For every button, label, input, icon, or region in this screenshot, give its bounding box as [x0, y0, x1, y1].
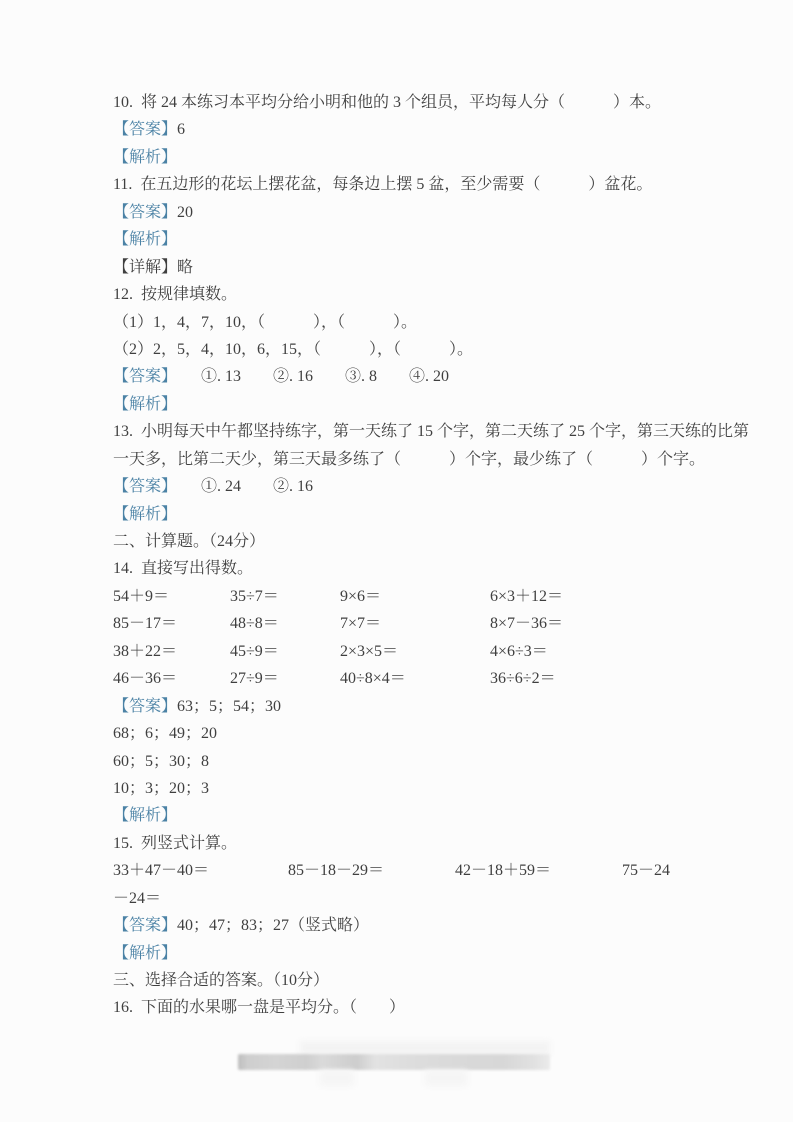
bracket-label: 【解析】: [113, 231, 177, 248]
detail-11: 【详解】略: [113, 254, 713, 281]
text-segment: 二、计算题。（24分）: [113, 533, 265, 550]
calc-expression: 36÷6÷2＝: [490, 665, 713, 692]
answer-14-line1: 【答案】63；5；54；30: [113, 693, 713, 720]
calc-row-14-2: 85－17＝48÷8＝7×7＝8×7－36＝: [113, 610, 713, 637]
calc-expression: 85－18－29＝: [288, 857, 455, 884]
calc-expression: 33＋47－40＝: [113, 857, 288, 884]
text-segment: 16. 下面的水果哪一盘是平均分。（ ）: [113, 999, 405, 1016]
calc-expression: 38＋22＝: [113, 638, 230, 665]
text-segment: ①. 13 ②. 16 ③. 8 ④. 20: [169, 368, 449, 385]
question-11: 11. 在五边形的花坛上摆花盆，每条边上摆 5 盆，至少需要（ ）盆花。: [113, 171, 713, 198]
section-2-heading: 二、计算题。（24分）: [113, 528, 713, 555]
text-segment: ①. 24 ②. 16: [169, 478, 313, 495]
text-segment: （2）2，5，4，10，6，15，（ ），（ ）。: [113, 341, 473, 358]
calc-expression: 46－36＝: [113, 665, 230, 692]
text-segment: 14. 直接写出得数。: [113, 560, 253, 577]
bracket-label: 【答案】: [113, 121, 177, 138]
text-segment: 6: [177, 121, 185, 138]
watermark-smudge: [320, 1070, 354, 1086]
calc-expression: 85－17＝: [113, 610, 230, 637]
text-segment: 三、选择合适的答案。（10分）: [113, 972, 329, 989]
analysis-13: 【解析】: [113, 501, 713, 528]
bracket-label: 【解析】: [113, 807, 177, 824]
text-segment: 13. 小明每天中午都坚持练字，第一天练了 15 个字，第二天练了 25 个字，…: [113, 423, 749, 440]
bracket-label: 【答案】: [113, 204, 177, 221]
question-14: 14. 直接写出得数。: [113, 555, 713, 582]
text-segment: 20: [177, 204, 193, 221]
text-segment: 10. 将 24 本练习本平均分给小明和他的 3 个组员，平均每人分（ ）本。: [113, 94, 661, 111]
calc-expression: 9×6＝: [340, 583, 490, 610]
redacted-watermark-bar: [238, 1054, 550, 1070]
question-13-line1: 13. 小明每天中午都坚持练字，第一天练了 15 个字，第二天练了 25 个字，…: [113, 418, 713, 445]
question-12-sub2: （2）2，5，4，10，6，15，（ ），（ ）。: [113, 336, 713, 363]
watermark-halo: [300, 1041, 550, 1055]
question-13-line2: 一天多，比第二天少，第三天最多练了（ ）个字，最少练了（ ）个字。: [113, 446, 713, 473]
calc-expression: 2×3×5＝: [340, 638, 490, 665]
analysis-12: 【解析】: [113, 391, 713, 418]
text-segment: 15. 列竖式计算。: [113, 835, 237, 852]
answer-10: 【答案】6: [113, 116, 713, 143]
calc-expression: 8×7－36＝: [490, 610, 713, 637]
answer-11: 【答案】20: [113, 199, 713, 226]
calc-expression: 27÷9＝: [230, 665, 340, 692]
calc-expression: 42－18＋59＝: [455, 857, 622, 884]
document-body: 10. 将 24 本练习本平均分给小明和他的 3 个组员，平均每人分（ ）本。【…: [113, 89, 713, 1022]
analysis-11: 【解析】: [113, 226, 713, 253]
analysis-15: 【解析】: [113, 940, 713, 967]
calc-expression: 54＋9＝: [113, 583, 230, 610]
question-15: 15. 列竖式计算。: [113, 830, 713, 857]
worksheet-page: 10. 将 24 本练习本平均分给小明和他的 3 个组员，平均每人分（ ）本。【…: [0, 0, 793, 1122]
bracket-label: 【解析】: [113, 945, 177, 962]
text-segment: 【详解】略: [113, 259, 193, 276]
answer-14-line4: 10；3；20；3: [113, 775, 713, 802]
bracket-label: 【解析】: [113, 396, 177, 413]
calc-expression: 6×3＋12＝: [490, 583, 713, 610]
calc-row-14-3: 38＋22＝45÷9＝2×3×5＝4×6÷3＝: [113, 638, 713, 665]
text-segment: 11. 在五边形的花坛上摆花盆，每条边上摆 5 盆，至少需要（ ）盆花。: [113, 176, 652, 193]
calc-expression: 7×7＝: [340, 610, 490, 637]
text-segment: 63；5；54；30: [177, 698, 281, 715]
answer-13: 【答案】 ①. 24 ②. 16: [113, 473, 713, 500]
calc-expression: 75－24: [622, 857, 713, 884]
bracket-label: 【答案】: [113, 368, 169, 385]
bracket-label: 【答案】: [113, 917, 177, 934]
question-16: 16. 下面的水果哪一盘是平均分。（ ）: [113, 994, 713, 1021]
calc-expression: 4×6÷3＝: [490, 638, 713, 665]
calc-expression: 45÷9＝: [230, 638, 340, 665]
calc-expression: 48÷8＝: [230, 610, 340, 637]
text-segment: （1）1，4，7，10，（ ），（ ）。: [113, 314, 417, 331]
text-segment: 10；3；20；3: [113, 780, 209, 797]
answer-12: 【答案】 ①. 13 ②. 16 ③. 8 ④. 20: [113, 363, 713, 390]
question-12-sub1: （1）1，4，7，10，（ ），（ ）。: [113, 309, 713, 336]
question-10: 10. 将 24 本练习本平均分给小明和他的 3 个组员，平均每人分（ ）本。: [113, 89, 713, 116]
text-segment: 60；5；30；8: [113, 753, 209, 770]
bracket-label: 【解析】: [113, 149, 177, 166]
analysis-14: 【解析】: [113, 802, 713, 829]
answer-14-line2: 68；6；49；20: [113, 720, 713, 747]
answer-15: 【答案】40；47；83；27（竖式略）: [113, 912, 713, 939]
question-12: 12. 按规律填数。: [113, 281, 713, 308]
answer-14-line3: 60；5；30；8: [113, 748, 713, 775]
calc-expression: 40÷8×4＝: [340, 665, 490, 692]
bracket-label: 【解析】: [113, 506, 177, 523]
text-segment: 68；6；49；20: [113, 725, 217, 742]
text-segment: 一天多，比第二天少，第三天最多练了（ ）个字，最少练了（ ）个字。: [113, 451, 705, 468]
analysis-10: 【解析】: [113, 144, 713, 171]
text-segment: 12. 按规律填数。: [113, 286, 237, 303]
bracket-label: 【答案】: [113, 478, 169, 495]
calc-expression: 35÷7＝: [230, 583, 340, 610]
watermark-smudge: [425, 1070, 467, 1086]
calc-row-14-4: 46－36＝27÷9＝40÷8×4＝36÷6÷2＝: [113, 665, 713, 692]
bracket-label: 【答案】: [113, 698, 177, 715]
text-segment: －24＝: [113, 890, 161, 907]
text-segment: 40；47；83；27（竖式略）: [177, 917, 369, 934]
calc-row-14-1: 54＋9＝35÷7＝9×6＝6×3＋12＝: [113, 583, 713, 610]
question-15-continuation: －24＝: [113, 885, 713, 912]
section-3-heading: 三、选择合适的答案。（10分）: [113, 967, 713, 994]
calc-row-15: 33＋47－40＝85－18－29＝42－18＋59＝75－24: [113, 857, 713, 884]
